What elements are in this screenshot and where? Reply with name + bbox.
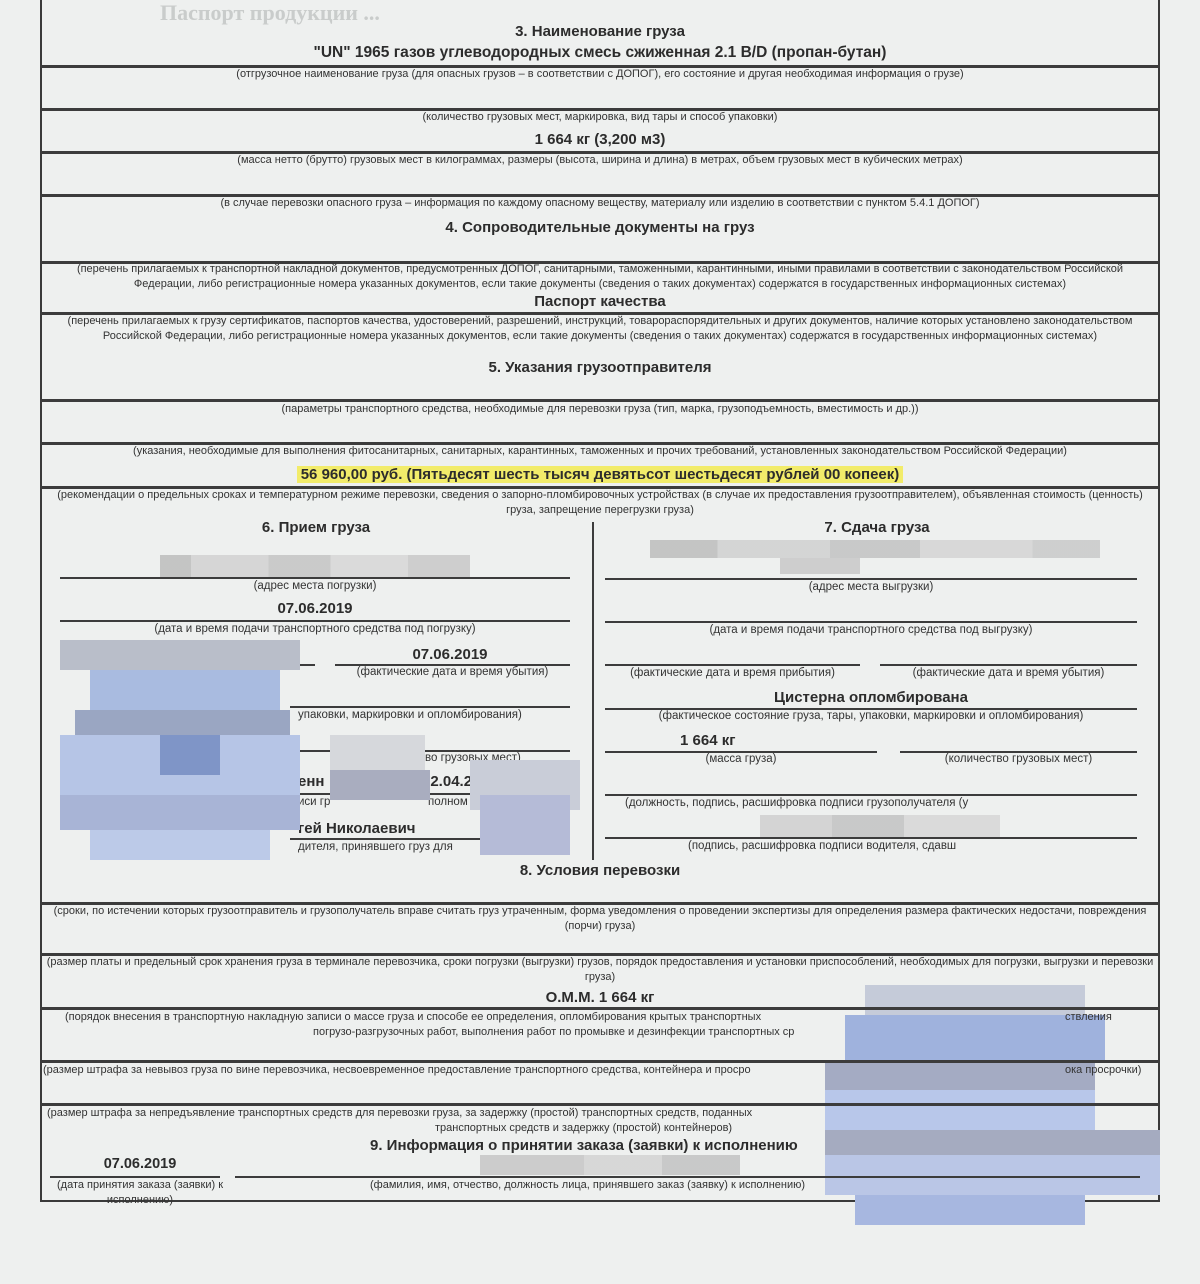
redacted-loading-address xyxy=(160,555,470,577)
section-6-title: 6. Прием груза xyxy=(40,519,592,536)
redacted-block xyxy=(780,558,860,574)
acceptance-date-caption: (дата принятия заказа (заявки) к исполне… xyxy=(55,1178,225,1208)
redacted-driver-name xyxy=(760,815,1000,837)
actual-departure-caption: (фактические дата и время убытия) xyxy=(880,667,1137,679)
section-8-title: 8. Условия перевозки xyxy=(40,862,1160,879)
vehicle-caption: (параметры транспортного средства, необх… xyxy=(40,402,1160,417)
cargo-mass: 1 664 кг (3,200 м3) xyxy=(40,131,1160,148)
line xyxy=(290,706,570,708)
redacted-signature xyxy=(330,735,580,860)
mass-method-caption: (порядок внесения в транспортную накладн… xyxy=(65,1010,761,1025)
signer-partial: енн xyxy=(298,773,324,790)
cargo-name-caption: (отгрузочное наименование груза (для опа… xyxy=(40,67,1160,82)
departure-caption: (фактические дата и время убытия) xyxy=(335,666,570,678)
fine1-caption: (размер штрафа за невывоз груза по вине … xyxy=(43,1063,751,1078)
sign-caption-1: иси гр xyxy=(298,796,330,808)
line xyxy=(605,621,1137,623)
declared-value-caption: (рекомендации о предельных сроках и темп… xyxy=(50,488,1150,518)
mass-method-caption-end: ствления xyxy=(1065,1010,1112,1025)
cargo-name: "UN" 1965 газов углеводородных смесь сжи… xyxy=(40,44,1160,62)
section-4-title: 4. Сопроводительные документы на груз xyxy=(40,219,1160,236)
section-3-title: 3. Наименование груза xyxy=(40,23,1160,40)
line xyxy=(605,794,1137,796)
places-caption: (количество грузовых мест) xyxy=(900,753,1137,765)
mass-method-caption-2: погрузо-разгрузочных работ, выполнения р… xyxy=(313,1025,794,1040)
line xyxy=(60,577,570,579)
line xyxy=(605,664,860,666)
line xyxy=(605,837,1137,839)
section-7-title: 7. Сдача груза xyxy=(594,519,1160,536)
cargo-state-caption: (фактическое состояние груза, тары, упак… xyxy=(605,710,1137,722)
redacted-acceptor-name xyxy=(480,1155,740,1175)
section-9-title: 9. Информация о принятии заказа (заявки)… xyxy=(370,1137,798,1154)
arrival-caption: (дата и время подачи транспортного средс… xyxy=(60,623,570,635)
cargo-mass-received: 1 664 кг xyxy=(680,732,735,749)
mass-caption: (масса нетто (брутто) грузовых мест в ки… xyxy=(40,153,1160,168)
unloading-address-caption: (адрес места выгрузки) xyxy=(605,581,1137,593)
redacted-stamp-left xyxy=(60,640,300,860)
quality-passport: Паспорт качества xyxy=(40,293,1160,310)
consignee-sign-caption: (должность, подпись, расшифровка подписи… xyxy=(625,797,968,809)
mass-method: О.М.М. 1 664 кг xyxy=(40,989,1160,1006)
fine2-caption: (размер штрафа за непредъявление транспо… xyxy=(47,1106,752,1121)
loss-caption: (сроки, по истечении которых грузоотправ… xyxy=(50,904,1150,934)
actual-arrival-caption: (фактические дата и время прибытия) xyxy=(605,667,860,679)
section-5-title: 5. Указания грузоотправителя xyxy=(40,359,1160,376)
requirements-caption: (указания, необходимые для выполнения фи… xyxy=(40,444,1160,459)
driver-sign-caption: (подпись, расшифровка подписи водителя, … xyxy=(688,840,956,852)
packages-caption: (количество грузовых мест, маркировка, в… xyxy=(40,110,1160,125)
dangerous-caption: (в случае перевозки опасного груза – инф… xyxy=(40,196,1160,211)
acceptor-caption: (фамилия, имя, отчество, должность лица,… xyxy=(370,1178,805,1193)
fine2-caption-2: транспортных средств и задержку (простой… xyxy=(435,1121,732,1136)
declared-value: 56 960,00 руб. (Пятьдесят шесть тысяч де… xyxy=(297,466,904,483)
line xyxy=(60,620,570,622)
loading-address-caption: (адрес места погрузки) xyxy=(60,580,570,592)
state-caption: упаковки, маркировки и опломбирования) xyxy=(298,709,522,721)
cargo-mass-caption: (масса груза) xyxy=(605,753,877,765)
departure-date: 07.06.2019 xyxy=(330,646,570,663)
arrival-date: 07.06.2019 xyxy=(60,600,570,617)
line xyxy=(605,578,1137,580)
unloading-date-caption: (дата и время подачи транспортного средс… xyxy=(605,624,1137,636)
storage-caption: (размер платы и предельный срок хранения… xyxy=(45,955,1155,985)
line xyxy=(880,664,1137,666)
redacted-unloading-address xyxy=(650,540,1100,558)
cargo-state: Цистерна опломбирована xyxy=(605,689,1137,706)
certs-caption: (перечень прилагаемых к грузу сертификат… xyxy=(60,314,1140,344)
column-divider xyxy=(592,522,594,860)
fine1-caption-end: ока просрочки) xyxy=(1065,1063,1141,1078)
docs-caption: (перечень прилагаемых к транспортной нак… xyxy=(50,262,1150,292)
acceptance-date: 07.06.2019 xyxy=(60,1156,220,1172)
